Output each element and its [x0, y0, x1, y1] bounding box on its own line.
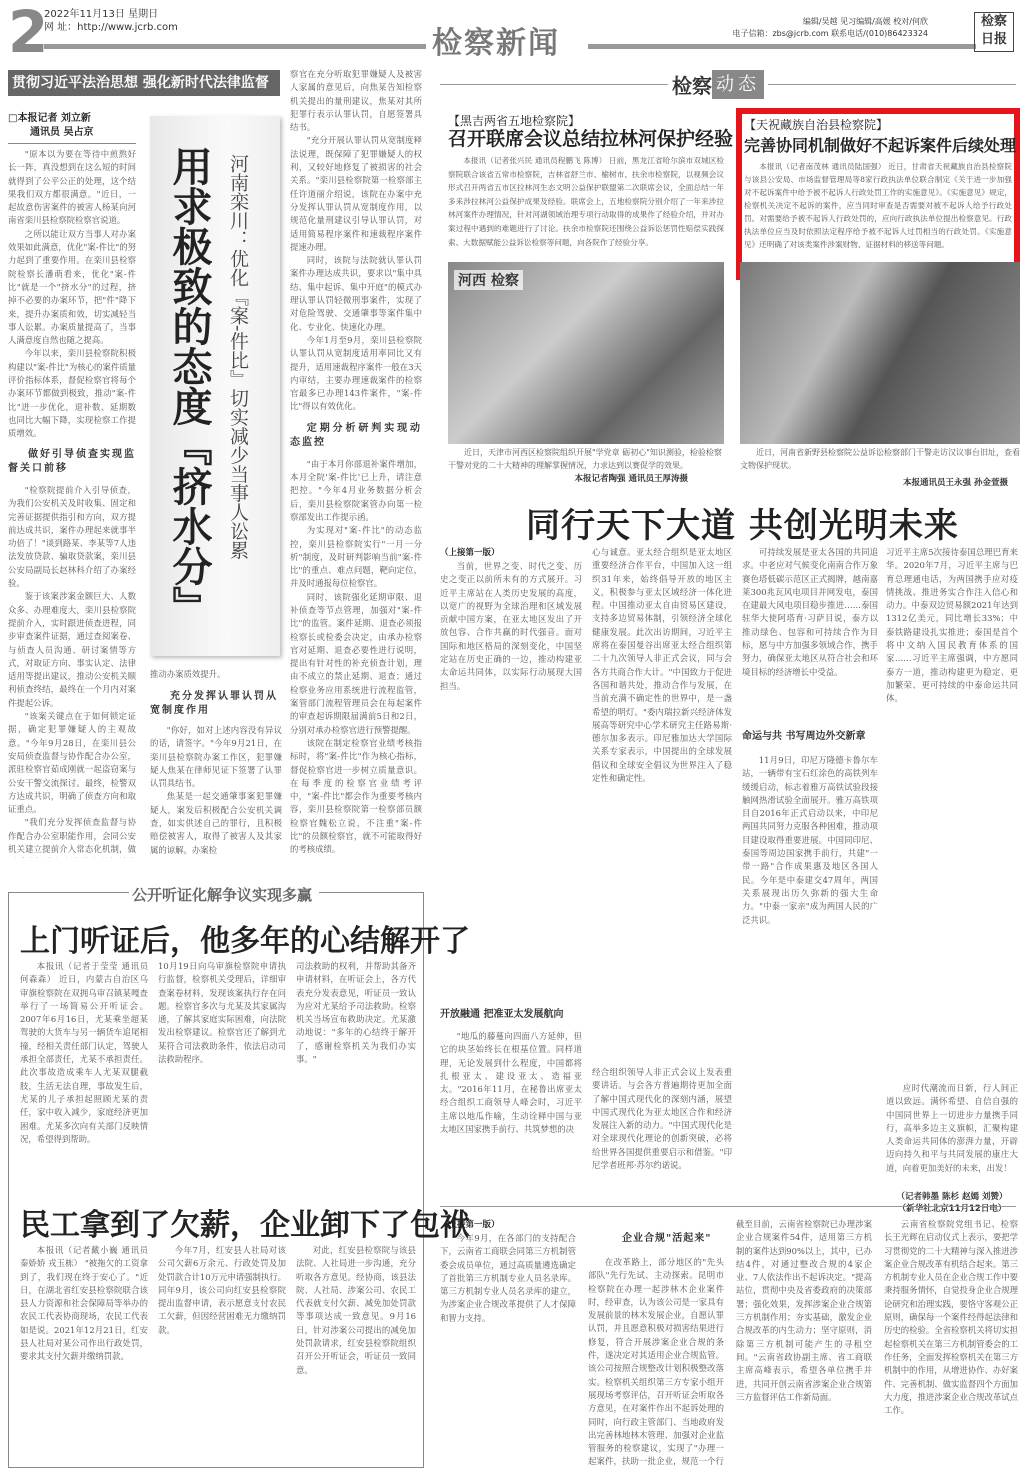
website-link[interactable]: 网 址：http://www.jcrb.com — [44, 21, 178, 34]
news2-body: 本报讯（记者南茂林 通讯员陆国强） 近日，甘肃省天祝藏族自治县检察院与该县公安局… — [744, 160, 1012, 264]
hearing-col2: 10月19日向乌审旗检察院申请执行监督，检察机关受理后，详细审查案卷材料，发现该… — [158, 960, 286, 1180]
feature-col1-top: "原本以为要在等待中煎熬好长一阵，真没想到在这么短的时间就得到了公平公正的处理，… — [8, 148, 136, 450]
issue-info: 2022年11月13日 星期日 网 址：http://www.jcrb.com — [44, 8, 178, 34]
wage-col2: 今年7月，红安县人社局对该公司欠薪6万余元、行政处罚及加处罚款合计10万元申请强… — [158, 1244, 286, 1462]
compliance-col2: 在改革路上，部分地区的"先头部队"先行先试、主动探索。昆明市检察院在办理一起涉林… — [588, 1256, 724, 1466]
apec-col1: （上接第一版） 当前，世界之变、时代之变、历史之变正以前所未有的方式展开。习近平… — [440, 546, 582, 1164]
hearing-col1: 本报讯（记者于莹莹 通讯员何森森） 近日，内蒙古自治区乌审旗检察院在双拥乌审召镇… — [20, 960, 148, 1180]
hearing-kicker: 公开听证化解争议实现多赢 — [132, 884, 312, 905]
feature-subtitle: 河南栾川：优化『案-件比』切实减少当事人讼累 — [226, 154, 250, 559]
column-banner: 贯彻习近平法治思想 强化新时代法律监督 — [8, 70, 280, 96]
feature-title: 用求极致的态度『挤水分』 — [164, 146, 214, 626]
news2-headline: 完善协同机制做好不起诉案件后续处理 — [744, 133, 1014, 156]
apec-headline: 同行天下大道 共创光明未来 — [526, 498, 959, 547]
feature-subhead-1: 做好引导侦查实现监督关口前移 — [8, 448, 136, 476]
section-title: 检察新闻 — [432, 18, 560, 62]
page-number: 2 — [8, 2, 48, 62]
wage-col1: 本报讯（记者戴小巍 通讯员秦娇娇 戎玉栋） "被拖欠的工资拿到了，我们现在终于安… — [20, 1244, 148, 1462]
editor-credits: 编辑/吴越 见习编辑/高媛 校对/何欣 电子信箱：zbs@jcrb.com 联系… — [732, 16, 928, 40]
feature-col1-bottom: "检察院提前介入引导侦查，为我们公安机关及时收集、固定和完善证据提供指引和方向，… — [8, 484, 136, 858]
apec-col3: 可持续发展是亚太各国的共同追求。中老应对气候变化南南合作万象赛色塔低碳示范区正式… — [742, 546, 878, 1200]
feature-col2: "你好，如对上述内容没有异议的话，请签字。"今年9月21日，在栾川县检察院办案工… — [150, 724, 282, 858]
compliance-rule — [440, 1206, 1016, 1207]
photo-tianjin-quiz: 河西 检察 — [448, 262, 724, 444]
compliance-col4: 云南省检察院党组书记、检察长王光辉在启动仪式上表示，要把学习贯彻党的二十大精神与… — [884, 1218, 1018, 1468]
news1-body: 本报讯（记者张兴民 通讯员程鹏飞 陈博） 日前，黑龙江省哈尔滨市双城区检察院联合… — [448, 154, 724, 250]
newspaper-logo: 检察 日报 — [974, 12, 1014, 52]
feature-col3: 察官在充分听取犯罪嫌疑人及被害人家属的意见后，向焦某告知检察机关提出的量刑建议，… — [290, 68, 422, 858]
news2-tag: 【天祝藏族自治县检察院】 — [744, 116, 1014, 133]
wage-col3: 对此，红安县检察院与该县法院、人社局进一步沟通，充分听取各方意见。经协商，该县法… — [296, 1244, 416, 1462]
news1-headline: 召开联席会议总结拉林河保护经验 — [448, 124, 733, 151]
apec-col2: 心与诚意。亚太经合组织是亚太地区重要经济合作平台，中国加入这一组织31年来，始终… — [592, 546, 732, 1200]
news2-highlight-box: 【天祝藏族自治县检察院】 完善协同机制做好不起诉案件后续处理 本报讯（记者南茂林… — [736, 108, 1020, 280]
compliance-subhead: 企业合规"活起来" — [622, 1232, 711, 1246]
hearing-headline: 上门听证后，他多年的心结解开了 — [20, 916, 470, 960]
header-rule-right — [588, 44, 976, 49]
photo1-credit: 本报记者陶强 通讯员王厚涛摄 — [448, 472, 688, 484]
apec-subhead-2: 命运与共 书写周边外交新章 — [742, 730, 878, 744]
photo2-credit: 本报通讯员王永强 孙金萱摄 — [740, 476, 1008, 488]
feature-subhead-3: 定期分析研判实现动态监控 — [290, 422, 422, 450]
photo-xinye-heritage — [740, 262, 1020, 444]
news-section-label: 检察 动态 — [668, 70, 768, 99]
photo2-caption: 近日，河南省新野县检察院公益诉讼检察部门干警走访汉议事台旧址，查看文物保护现状。 — [740, 446, 1020, 472]
wage-headline: 民工拿到了欠薪，企业卸下了包袱 — [20, 1200, 470, 1244]
issue-date: 2022年11月13日 星期日 — [44, 8, 178, 21]
apec-subhead-1: 开放融通 把准亚太发展航向 — [440, 1008, 582, 1022]
feature-byline: □本报记者 刘立新 通讯员 吴占京 — [8, 112, 136, 144]
header-rule-left — [44, 44, 426, 49]
feature-col2-tail: 推动办案质效提升。 — [150, 668, 282, 682]
compliance-col3: 截至目前，云南省检察院已办理涉案企业合规案件54件，适用第三方机制的案件达到90… — [736, 1218, 872, 1468]
compliance-col1: （上接第一版） 今年9月，在各部门的支持配合下，云南省工商联会同第三方机制管委会… — [440, 1218, 576, 1468]
apec-col4: 习近平主席5次接待泰国总理巴育来华。2020年7月，习近平主席与巴育总理通电话，… — [886, 546, 1018, 1214]
contact-info: 电子信箱：zbs@jcrb.com 联系电话/(010)86423324 — [732, 28, 928, 40]
photo1-caption: 近日，天津市河西区检察院组织开展"学党章 砺初心"知识测验，检验检察干警对党的二… — [448, 446, 724, 472]
editors: 编辑/吴越 见习编辑/高媛 校对/何欣 — [732, 16, 928, 28]
feature-subhead-2: 充分发挥认罪认罚从宽制度作用 — [150, 690, 282, 718]
hearing-col3: 司法救助的权利，并帮助其备齐申请材料，在听证会上，各方代表充分发表意见，听证员一… — [296, 960, 416, 1180]
feature-title-box: 用求极致的态度『挤水分』 河南栾川：优化『案-件比』切实减少当事人讼累 — [150, 116, 280, 656]
